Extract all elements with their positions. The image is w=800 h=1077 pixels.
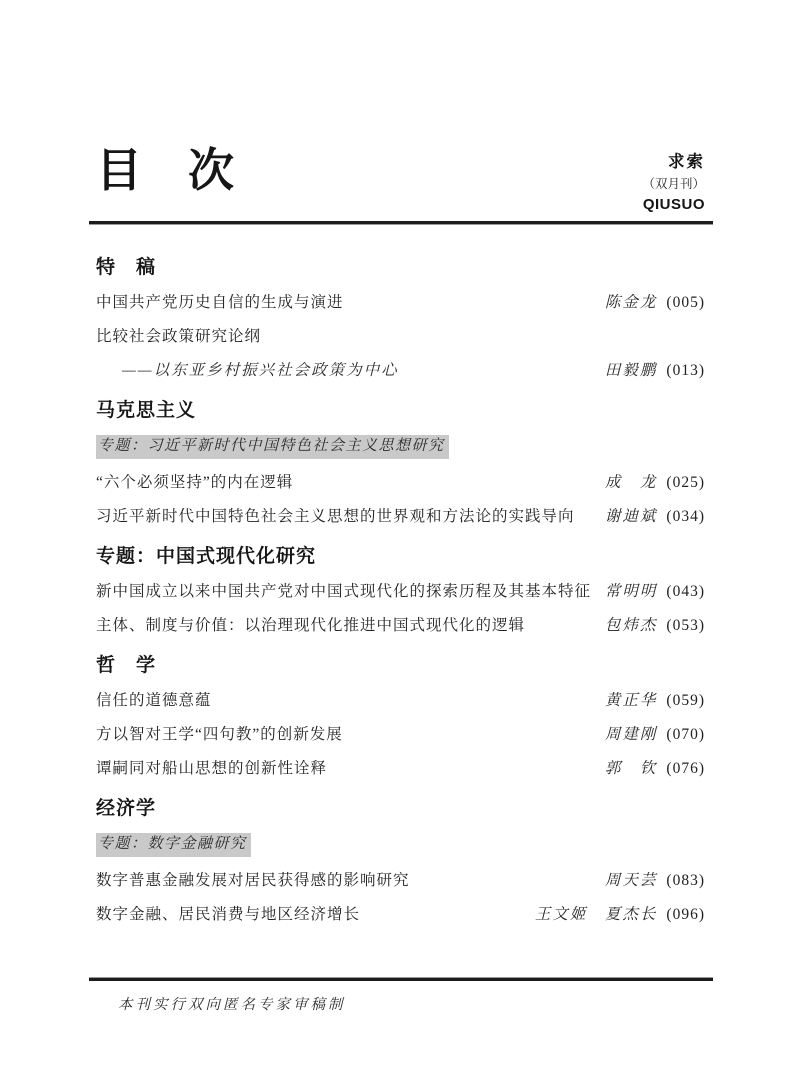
entry-title: 谭嗣同对船山思想的创新性诠释: [96, 758, 327, 779]
entry-page-number: (005): [666, 292, 705, 313]
entry-title: 中国共产党历史自信的生成与演进: [96, 292, 344, 313]
toc-section: 特 稿中国共产党历史自信的生成与演进陈金龙(005)比较社会政策研究论纲——以东…: [96, 256, 705, 381]
entry-title: 主体、制度与价值：以治理现代化推进中国式现代化的逻辑: [96, 615, 525, 636]
toc-entry: 新中国成立以来中国共产党对中国式现代化的探索历程及其基本特征常明明(043): [96, 581, 705, 602]
entry-title: 比较社会政策研究论纲: [96, 326, 261, 347]
entry-author: 谢迪斌: [605, 506, 658, 527]
entry-credit: 周建刚(070): [593, 724, 705, 745]
toc-entry: 中国共产党历史自信的生成与演进陈金龙(005): [96, 292, 705, 313]
topic-highlight-label: 专题：习近平新时代中国特色社会主义思想研究: [96, 435, 449, 459]
toc-entry: 数字金融、居民消费与地区经济增长王文姬 夏杰长(096): [96, 904, 705, 925]
entry-title: 新中国成立以来中国共产党对中国式现代化的探索历程及其基本特征: [96, 581, 591, 602]
toc-entry: 比较社会政策研究论纲: [96, 326, 705, 347]
entry-author: 王文姬 夏杰长: [535, 904, 658, 925]
entry-title: ——以东亚乡村振兴社会政策为中心: [96, 360, 399, 381]
entry-page-number: (070): [666, 724, 705, 745]
entry-author: 成 龙: [605, 472, 658, 493]
toc-entry: ——以东亚乡村振兴社会政策为中心田毅鹏(013): [96, 360, 705, 381]
journal-romanized-name: QIUSUO: [642, 194, 705, 217]
page-title: 目 次: [96, 146, 234, 197]
entry-title: 数字普惠金融发展对居民获得感的影响研究: [96, 870, 410, 891]
entry-page-number: (025): [666, 472, 705, 493]
entry-author: 包炜杰: [605, 615, 658, 636]
journal-name: 求索: [642, 150, 705, 175]
entry-credit: 田毅鹏(013): [593, 360, 705, 381]
toc-entry: 谭嗣同对船山思想的创新性诠释郭 钦(076): [96, 758, 705, 779]
entry-page-number: (076): [666, 758, 705, 779]
toc-entry: 信任的道德意蕴黄正华(059): [96, 690, 705, 711]
toc-section: 哲 学信任的道德意蕴黄正华(059)方以智对王学“四句教”的创新发展周建刚(07…: [96, 654, 705, 779]
toc-entry: 数字普惠金融发展对居民获得感的影响研究周天芸(083): [96, 870, 705, 891]
section-heading: 特 稿: [96, 256, 705, 280]
journal-toc-page: 目 次 求索 （双月刊） QIUSUO 特 稿中国共产党历史自信的生成与演进陈金…: [0, 0, 800, 1077]
entry-credit: 王文姬 夏杰长(096): [523, 904, 705, 925]
toc-entry: “六个必须坚持”的内在逻辑成 龙(025): [96, 472, 705, 493]
entry-credit: 郭 钦(076): [593, 758, 705, 779]
entry-author: 常明明: [605, 581, 658, 602]
toc-entry: 主体、制度与价值：以治理现代化推进中国式现代化的逻辑包炜杰(053): [96, 615, 705, 636]
entry-page-number: (034): [666, 506, 705, 527]
section-heading: 经济学: [96, 797, 705, 821]
topic-line: 专题：数字金融研究: [96, 833, 705, 857]
entry-author: 周建刚: [605, 724, 658, 745]
toc-entry: 习近平新时代中国特色社会主义思想的世界观和方法论的实践导向谢迪斌(034): [96, 506, 705, 527]
journal-frequency: （双月刊）: [642, 175, 705, 194]
entry-author: 周天芸: [605, 870, 658, 891]
entry-page-number: (013): [666, 360, 705, 381]
entry-title: 数字金融、居民消费与地区经济增长: [96, 904, 360, 925]
topic-highlight-label: 专题：数字金融研究: [96, 833, 251, 857]
toc-section: 经济学专题：数字金融研究数字普惠金融发展对居民获得感的影响研究周天芸(083)数…: [96, 797, 705, 925]
entry-page-number: (059): [666, 690, 705, 711]
toc-section: 马克思主义专题：习近平新时代中国特色社会主义思想研究“六个必须坚持”的内在逻辑成…: [96, 399, 705, 527]
entry-credit: 谢迪斌(034): [593, 506, 705, 527]
entry-credit: 周天芸(083): [593, 870, 705, 891]
entry-credit: 陈金龙(005): [593, 292, 705, 313]
entry-page-number: (043): [666, 581, 705, 602]
entry-credit: 成 龙(025): [593, 472, 705, 493]
entry-title: 方以智对王学“四句教”的创新发展: [96, 724, 343, 745]
entry-author: 黄正华: [605, 690, 658, 711]
footer-double-rule: [89, 977, 713, 981]
masthead: 求索 （双月刊） QIUSUO: [642, 146, 705, 216]
entry-author: 郭 钦: [605, 758, 658, 779]
section-heading: 马克思主义: [96, 399, 705, 423]
entry-page-number: (096): [666, 904, 705, 925]
entry-author: 陈金龙: [605, 292, 658, 313]
entry-credit: 包炜杰(053): [593, 615, 705, 636]
section-heading: 专题：中国式现代化研究: [96, 545, 705, 569]
entry-page-number: (083): [666, 870, 705, 891]
header-double-rule: [89, 221, 713, 225]
entry-author: 田毅鹏: [605, 360, 658, 381]
toc-section: 专题：中国式现代化研究新中国成立以来中国共产党对中国式现代化的探索历程及其基本特…: [96, 545, 705, 636]
review-policy-note: 本刊实行双向匿名专家审稿制: [118, 993, 346, 1014]
entry-credit: 常明明(043): [593, 581, 705, 602]
entry-page-number: (053): [666, 615, 705, 636]
entry-title: 习近平新时代中国特色社会主义思想的世界观和方法论的实践导向: [96, 506, 575, 527]
entry-title: 信任的道德意蕴: [96, 690, 212, 711]
toc-entry: 方以智对王学“四句教”的创新发展周建刚(070): [96, 724, 705, 745]
entry-title: “六个必须坚持”的内在逻辑: [96, 472, 293, 493]
page-header: 目 次 求索 （双月刊） QIUSUO: [96, 146, 705, 216]
section-heading: 哲 学: [96, 654, 705, 678]
entry-credit: 黄正华(059): [593, 690, 705, 711]
toc: 特 稿中国共产党历史自信的生成与演进陈金龙(005)比较社会政策研究论纲——以东…: [96, 256, 705, 938]
topic-line: 专题：习近平新时代中国特色社会主义思想研究: [96, 435, 705, 459]
